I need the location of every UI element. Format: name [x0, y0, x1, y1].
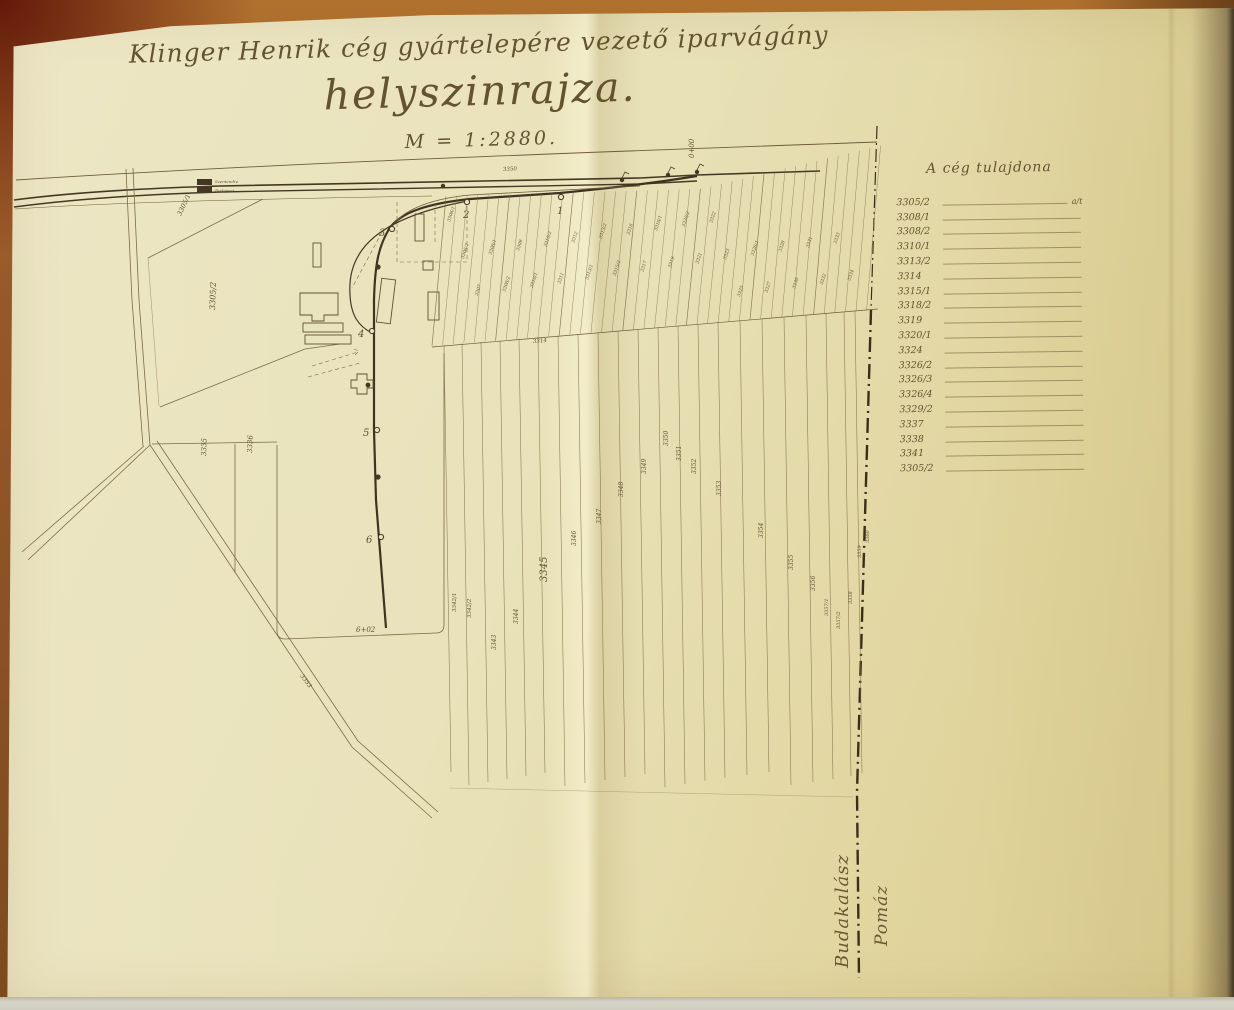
chainage-markers: 123456: [357, 194, 564, 546]
strip-label: 3309: [515, 239, 524, 252]
strip-label: 3325: [736, 285, 745, 298]
map-label: 0+00: [688, 138, 696, 158]
strip-label: 3357/2: [836, 611, 842, 629]
strip-label: 3351: [676, 446, 683, 461]
map-label: 3350: [503, 166, 518, 173]
strip-label: 3308/2: [501, 276, 512, 293]
strip-label: 3356: [810, 576, 817, 591]
ledger-line: [946, 469, 1084, 472]
lot-number: 3326/4: [899, 389, 943, 401]
strip-label: 3320/2: [681, 211, 692, 228]
chainage-number: 4: [357, 329, 364, 340]
strip-label: 3330: [791, 277, 800, 290]
ownership-row: 3305/2: [900, 457, 1086, 474]
strip-label: 3360: [865, 529, 871, 543]
lot-number: 3313/2: [897, 256, 941, 268]
lot-number: 3315/1: [898, 285, 942, 297]
strip-label: 3331: [805, 236, 814, 249]
village-name-pomaz: Pomáz: [872, 885, 892, 946]
strip-label: 3310/2: [543, 231, 554, 248]
strip-label: 3321: [695, 252, 704, 265]
frame-line: [16, 142, 877, 180]
parcel-number-labels: 3305/13305/2333533363353331433500+006+02: [176, 138, 696, 689]
lot-number: 3337: [899, 418, 943, 430]
lot-number: 3320/1: [898, 330, 942, 342]
lot-number: 3305/2: [896, 196, 940, 208]
strip-label: 3357/1: [824, 598, 830, 616]
strip-label: 3334: [846, 269, 855, 282]
direction-label-top: Szentendre: [215, 179, 239, 184]
lot-number: 3310/1: [897, 241, 941, 253]
strip-label: 3343: [491, 635, 498, 650]
strip-label: 3342/2: [467, 598, 473, 618]
lot-number: 3338: [900, 433, 944, 445]
plan-paper-sheet: Klinger Henrik cég gyártelepére vezető i…: [0, 0, 1234, 1010]
lot-number: 3341: [900, 448, 944, 460]
chainage-point: [464, 199, 469, 204]
strip-label: 3353: [716, 481, 723, 496]
ownership-list: A cég tulajdona 3305/2a/t3308/13308/2331…: [896, 159, 1086, 475]
strip-label: 3327: [764, 281, 773, 294]
strip-label: 3308/1: [488, 239, 499, 256]
strip-label: 3310/1: [529, 272, 540, 289]
strip-label: 3345: [539, 557, 550, 582]
ownership-rows: 3305/2a/t3308/13308/23310/13313/23314331…: [896, 191, 1086, 475]
lot-number: 3324: [898, 344, 942, 356]
upper-parcel-strips: [432, 146, 881, 346]
photo-of-site-plan: { "title": { "line1": "Klinger Henrik cé…: [0, 0, 1234, 1010]
lot-number: 3308/2: [897, 226, 941, 238]
lower-parcel-strips: [444, 311, 862, 787]
chainage-point: [374, 427, 379, 432]
map-label: 3314: [533, 338, 548, 345]
strip-bottom-edge: [450, 788, 853, 797]
chainage-number: 1: [557, 206, 563, 217]
strip-label: 3333: [833, 232, 842, 245]
chainage-number: 2: [462, 210, 469, 221]
lot-number: 3319: [898, 315, 942, 327]
chainage-point: [389, 226, 394, 231]
strip-label: 3307: [474, 284, 483, 297]
village-name-budakalasz: Budakalász: [832, 854, 853, 968]
strip-label: 3306/1: [446, 206, 457, 223]
chainage-number: 6: [366, 535, 373, 546]
strip-label: 3342/1: [452, 593, 458, 612]
strip-label: 3355: [788, 555, 795, 570]
strip-label: 3358: [848, 591, 854, 604]
strip-label: 3328: [777, 240, 786, 253]
table-edge: [0, 997, 1234, 1010]
map-label: 3305/2: [208, 282, 218, 310]
lot-note: a/t: [1072, 197, 1083, 206]
chainage-point: [369, 328, 374, 333]
strip-label: 3350: [663, 431, 670, 446]
chainage-point: [378, 534, 383, 539]
lot-number: 3329/2: [899, 404, 943, 416]
strip-label: 3313/2: [598, 223, 609, 240]
lot-number: 3314: [897, 270, 941, 282]
strip-label: 3344: [513, 609, 520, 624]
upper-strip-labels: 3306/13306/233073308/13308/233093310/133…: [446, 206, 855, 298]
strip-label: 3359: [857, 544, 863, 558]
strip-label: 3354: [758, 523, 765, 538]
strip-label: 3349: [641, 459, 648, 474]
chainage-number: 3: [379, 228, 385, 239]
strip-label: 3323: [722, 248, 731, 261]
separator-line: [432, 309, 878, 347]
strip-label: 3348: [618, 482, 625, 497]
map-label: 3335: [200, 437, 209, 456]
parcel-3305-outline: [148, 199, 340, 573]
strip-label: 3346: [571, 531, 578, 546]
chainage-point: [558, 194, 563, 199]
lot-number: 3318/2: [898, 300, 942, 312]
siding-parcel-boundary: [277, 353, 444, 639]
lot-number: 3326/3: [899, 374, 943, 386]
strip-label: 3313/1: [584, 264, 595, 281]
strip-label: 3316: [626, 223, 635, 236]
strip-label: 3326/1: [750, 240, 761, 257]
lot-number: 3308/1: [897, 211, 941, 223]
strip-label: 3312: [570, 231, 579, 244]
strip-label: 3306/2: [460, 243, 471, 260]
map-label: 3305/1: [176, 193, 193, 217]
strip-label: 3317: [639, 260, 648, 273]
map-label: 3353: [298, 673, 313, 690]
lot-number: 3326/2: [899, 359, 943, 371]
strip-label: 3347: [596, 509, 603, 524]
chainage-number: 5: [363, 428, 369, 439]
map-label: 6+02: [356, 626, 376, 634]
strip-label: 3322: [708, 211, 717, 224]
strip-label: 3352: [691, 459, 698, 474]
map-label: 3336: [246, 434, 255, 453]
ownership-header: A cég tulajdona: [896, 159, 1082, 178]
direction-label-bottom: Budapest: [214, 188, 234, 193]
strip-label: 3319: [667, 256, 676, 269]
lot-number: 3305/2: [900, 463, 944, 475]
site-plan-drawing: Szentendre Budapest: [0, 0, 1234, 1010]
strip-label: 3315/2: [612, 260, 623, 277]
